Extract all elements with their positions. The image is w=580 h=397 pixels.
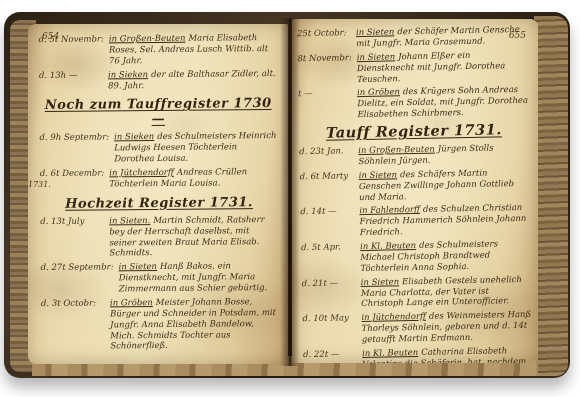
- burial-entry: d. 5t Novembr: in Großen-BeutenMaria Eli…: [39, 33, 277, 68]
- left-page: 654 1731. d. 5t Novembr: in Großen-Beute…: [28, 24, 288, 364]
- entry-date: d. 13h —: [39, 70, 103, 92]
- entry-place: in Sieken: [108, 70, 148, 80]
- entry-text: in SietenElisabeth Gestels unehelich Mar…: [361, 274, 533, 310]
- entry-text: in Jütchendorffdes Weinmeisters Hanß Tho…: [361, 310, 533, 346]
- baptism-entry: d. 22t — in Kl. BeutenCatharina Elisabet…: [303, 346, 534, 363]
- entry-date: d. 13t July: [40, 216, 104, 260]
- entry-place: in Großen-Beuten: [109, 34, 186, 45]
- entry-place: in Jütchendorff: [109, 168, 174, 179]
- burial-entry: d. 13h — in Siekender alte Balthasar Zid…: [39, 69, 277, 93]
- entry-date: d. 9h Septembr:: [39, 133, 109, 166]
- entry-place: in Kl. Beuten: [362, 348, 418, 359]
- entry-place: in Sieten: [119, 262, 157, 272]
- marriage-entry: d. 3t Octobr: in GröbenMeister Johann Bo…: [41, 297, 279, 353]
- marriage-entry: 25t Octobr: in Sietender Schäfer Martin …: [297, 25, 527, 51]
- entry-text: in GröbenMeister Johann Bosse, Bürger un…: [110, 297, 279, 353]
- entry-text: in Sietendes Schäfers Martin Genschen Zw…: [359, 168, 531, 204]
- entry-date: d. 22t —: [303, 349, 358, 363]
- entry-date: d. 21t —: [302, 278, 357, 312]
- entry-place: in Gröben: [110, 298, 153, 308]
- marriage-entry: d. 27t Septembr: in SietenHanß Bakos, ei…: [41, 261, 279, 296]
- entry-date: 8t Novembr:: [297, 53, 352, 87]
- entry-date: d. 5t Apr.: [301, 242, 356, 276]
- baptism-entry: d. 23t Jan. in Großen-BeutenJürgen Stoll…: [299, 143, 529, 169]
- entry-text: in SietenJohann Elßer ein Dienstknecht m…: [357, 50, 528, 86]
- baptism-entry: d. 10t May in Jütchendorffdes Weinmeiste…: [302, 310, 533, 347]
- entry-text: in Sieten.Martin Schmidt, Ratsherr bey d…: [109, 215, 278, 260]
- tauf-register-1731-heading: Tauff Register 1731.: [299, 121, 529, 142]
- entry-place: in Großen-Beuten: [358, 145, 435, 156]
- baptism-entry: d. 6t Marty in Sietendes Schäfers Martin…: [300, 168, 531, 205]
- entry-date: t —: [298, 89, 353, 123]
- baptism-entry: d. 9h Septembr: in Siekendes Schulmeiste…: [39, 131, 277, 166]
- manuscript-photo: 654 1731. d. 5t Novembr: in Großen-Beute…: [0, 0, 580, 397]
- entry-text: in Fahlendorffdes Schulzen Christian Fri…: [359, 203, 531, 239]
- entry-text: in Gröbendes Krügers Sohn Andreas Dielit…: [357, 85, 529, 121]
- entry-place: in Sieten: [361, 277, 400, 288]
- book-gutter: [280, 18, 300, 366]
- entry-place: in Sieten: [359, 170, 398, 181]
- left-page-content: d. 5t Novembr: in Großen-BeutenMaria Eli…: [28, 24, 288, 364]
- right-page-content: 25t Octobr: in Sietender Schäfer Martin …: [292, 19, 538, 363]
- entry-text: in Siekendes Schulmeisters Heinrich Ludw…: [114, 131, 278, 165]
- entry-text: in Kl. Beutendes Schulmeisters Michael C…: [360, 239, 532, 275]
- taufregister-1730-heading: Noch zum Tauffregister 1730 —: [39, 96, 277, 128]
- entry-text: in Siekender alte Balthasar Zidler, alt.…: [108, 69, 277, 92]
- entry-place: in Sieten.: [109, 216, 150, 226]
- entry-place: in Gröben: [357, 88, 400, 99]
- entry-place: in Sieten: [357, 52, 396, 63]
- entry-text: in SietenHanß Bakos, ein Dienstknecht, m…: [119, 261, 279, 295]
- marriage-entry: 8t Novembr: in SietenJohann Elßer ein Di…: [297, 50, 528, 87]
- hochzeit-register-1731-heading: Hochzeit Register 1731.: [40, 195, 278, 212]
- baptism-entry: d. 21t — in SietenElisabeth Gestels uneh…: [302, 274, 533, 311]
- entry-date: d. 10t May: [302, 313, 357, 347]
- marriage-entry: d. 13t July in Sieten.Martin Schmidt, Ra…: [40, 215, 278, 261]
- baptism-entry: d. 14t — in Fahlendorffdes Schulzen Chri…: [300, 203, 531, 240]
- entry-date: 25t Octobr:: [297, 28, 351, 51]
- entry-text: in Großen-BeutenJürgen Stolls Söhnlein J…: [358, 143, 529, 168]
- right-page-block-edge: [534, 16, 568, 376]
- right-page: 655 25t Octobr: in Sietender Schäfer Mar…: [292, 19, 538, 363]
- entry-date: d. 14t —: [300, 207, 355, 241]
- entry-date: d. 6t Marty: [300, 171, 355, 205]
- entry-text: in JütchendorffAndreas Crüllen Töchterle…: [109, 167, 278, 190]
- entry-place: in Fahlendorff: [359, 205, 420, 216]
- entry-place: in Sieten: [356, 27, 395, 38]
- open-church-register-book: 654 1731. d. 5t Novembr: in Großen-Beute…: [2, 4, 576, 386]
- marriage-entry: t — in Gröbendes Krügers Sohn Andreas Di…: [298, 85, 529, 122]
- entry-text: in Großen-BeutenMaria Elisabeth Roses, S…: [109, 33, 277, 67]
- entry-date: d. 6t Decembr:: [40, 168, 105, 190]
- entry-date: d. 3t Octobr:: [41, 298, 105, 353]
- entry-text: in Sietender Schäfer Martin Gensche mit …: [356, 25, 527, 50]
- baptism-entry: d. 5t Apr. in Kl. Beutendes Schulmeister…: [301, 239, 532, 276]
- entry-text: in Kl. BeutenCatharina Elisabeth Valenti…: [362, 346, 534, 363]
- baptism-entry: d. 6t Decembr: in JütchendorffAndreas Cr…: [40, 167, 278, 191]
- entry-place: in Kl. Beuten: [360, 241, 416, 252]
- entry-date: d. 27t Septembr:: [41, 263, 114, 296]
- entry-date: d. 5t Novembr:: [39, 34, 104, 67]
- entry-place: in Jütchendorff: [361, 312, 426, 323]
- entry-date: d. 23t Jan.: [299, 146, 353, 169]
- entry-place: in Sieken: [114, 132, 154, 142]
